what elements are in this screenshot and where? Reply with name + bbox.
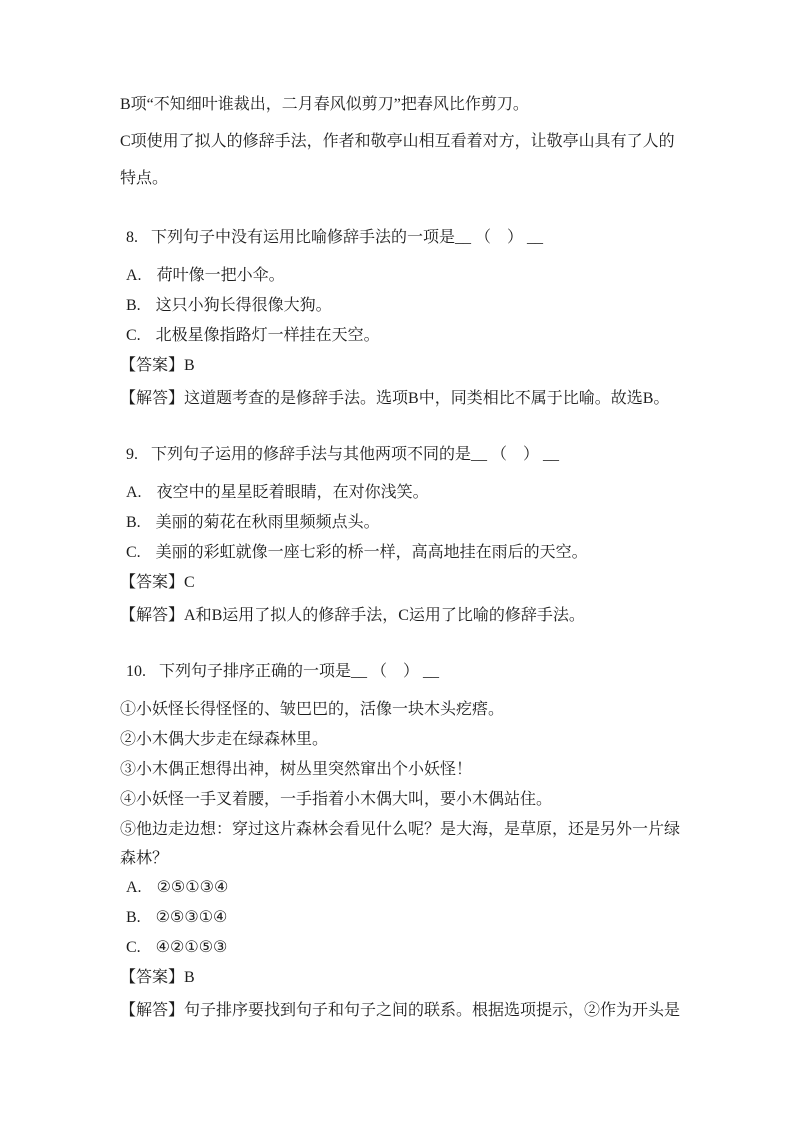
option-text: 荷叶像一把小伞。 [157, 267, 285, 284]
question-10-option-c: C.④②①⑤③ [120, 933, 685, 963]
question-10-number: 10. [126, 663, 146, 680]
option-text: ④②①⑤③ [156, 939, 228, 956]
question-10-stem: 10.下列句子排序正确的一项是__ （ ） __ [120, 657, 685, 687]
question-10: 10.下列句子排序正确的一项是__ （ ） __ ①小妖怪长得怪怪的、皱巴巴的，… [120, 657, 685, 1026]
explain-label: 【解答】 [120, 607, 184, 624]
explain-label: 【解答】 [120, 390, 184, 407]
option-text: ②⑤①③④ [157, 879, 229, 896]
question-8-option-c: C.北极星像指路灯一样挂在天空。 [120, 321, 685, 351]
question-9-option-b: B.美丽的菊花在秋雨里频频点头。 [120, 508, 685, 538]
answer-value: B [184, 969, 195, 986]
option-label: A. [126, 484, 142, 501]
explain-text: 这道题考查的是修辞手法。选项B中，同类相比不属于比喻。故选B。 [184, 390, 669, 407]
analysis-line-b: B项“不知细叶谁裁出，二月春风似剪刀”把春风比作剪刀。 [120, 86, 685, 123]
question-10-option-b: B.②⑤③①④ [120, 903, 685, 933]
question-9: 9.下列句子运用的修辞手法与其他两项不同的是__ （ ） __ A.夜空中的星星… [120, 440, 685, 631]
question-9-option-c: C.美丽的彩虹就像一座七彩的桥一样，高高地挂在雨后的天空。 [120, 538, 685, 568]
explain-text: A和B运用了拟人的修辞手法，C运用了比喻的修辞手法。 [184, 607, 585, 624]
option-label: C. [126, 327, 141, 344]
question-10-option-a: A.②⑤①③④ [120, 873, 685, 903]
option-text: 北极星像指路灯一样挂在天空。 [156, 327, 380, 344]
question-10-text: 下列句子排序正确的一项是__ （ ） __ [159, 663, 439, 680]
document-page: B项“不知细叶谁裁出，二月春风似剪刀”把春风比作剪刀。 C项使用了拟人的修辞手法… [0, 0, 793, 1122]
question-9-option-a: A.夜空中的星星眨着眼睛，在对你浅笑。 [120, 478, 685, 508]
explain-text: 句子排序要找到句子和句子之间的联系。根据选项提示，②作为开头是 [184, 1002, 680, 1019]
question-10-sentence-3: ③小木偶正想得出神，树丛里突然窜出个小妖怪！ [120, 755, 685, 785]
option-label: C. [126, 939, 141, 956]
question-9-answer: 【答案】C [120, 568, 685, 598]
explain-label: 【解答】 [120, 1002, 184, 1019]
question-8-explanation: 【解答】这道题考查的是修辞手法。选项B中，同类相比不属于比喻。故选B。 [120, 384, 685, 414]
question-10-sentence-1: ①小妖怪长得怪怪的、皱巴巴的，活像一块木头疙瘩。 [120, 695, 685, 725]
answer-value: C [184, 574, 195, 591]
option-label: C. [126, 544, 141, 561]
question-8-number: 8. [126, 229, 138, 246]
answer-label: 【答案】 [120, 574, 184, 591]
answer-label: 【答案】 [120, 357, 184, 374]
option-label: B. [126, 297, 141, 314]
analysis-line-c: C项使用了拟人的修辞手法，作者和敬亭山相互看着对方，让敬亭山具有了人的特点。 [120, 123, 685, 197]
option-text: ②⑤③①④ [156, 909, 228, 926]
option-label: A. [126, 879, 142, 896]
option-label: B. [126, 909, 141, 926]
question-10-sentence-4: ④小妖怪一手叉着腰，一手指着小木偶大叫，要小木偶站住。 [120, 785, 685, 815]
question-8-option-b: B.这只小狗长得很像大狗。 [120, 291, 685, 321]
option-text: 这只小狗长得很像大狗。 [156, 297, 332, 314]
question-8-text: 下列句子中没有运用比喻修辞手法的一项是__ （ ） __ [151, 229, 543, 246]
option-text: 夜空中的星星眨着眼睛，在对你浅笑。 [157, 484, 429, 501]
question-9-text: 下列句子运用的修辞手法与其他两项不同的是__ （ ） __ [151, 446, 559, 463]
answer-label: 【答案】 [120, 969, 184, 986]
question-9-explanation: 【解答】A和B运用了拟人的修辞手法，C运用了比喻的修辞手法。 [120, 601, 685, 631]
question-10-explanation: 【解答】句子排序要找到句子和句子之间的联系。根据选项提示，②作为开头是 [120, 996, 685, 1026]
question-9-stem: 9.下列句子运用的修辞手法与其他两项不同的是__ （ ） __ [120, 440, 685, 470]
question-10-sentence-2: ②小木偶大步走在绿森林里。 [120, 725, 685, 755]
answer-value: B [184, 357, 195, 374]
question-10-sentence-5: ⑤他边走边想：穿过这片森林会看见什么呢？是大海，是草原，还是另外一片绿森林？ [120, 815, 685, 873]
option-text: 美丽的彩虹就像一座七彩的桥一样，高高地挂在雨后的天空。 [156, 544, 588, 561]
question-8: 8.下列句子中没有运用比喻修辞手法的一项是__ （ ） __ A.荷叶像一把小伞… [120, 223, 685, 414]
option-text: 美丽的菊花在秋雨里频频点头。 [156, 514, 380, 531]
question-8-option-a: A.荷叶像一把小伞。 [120, 261, 685, 291]
option-label: B. [126, 514, 141, 531]
question-8-answer: 【答案】B [120, 351, 685, 381]
question-8-stem: 8.下列句子中没有运用比喻修辞手法的一项是__ （ ） __ [120, 223, 685, 253]
option-label: A. [126, 267, 142, 284]
question-10-answer: 【答案】B [120, 963, 685, 993]
question-9-number: 9. [126, 446, 138, 463]
